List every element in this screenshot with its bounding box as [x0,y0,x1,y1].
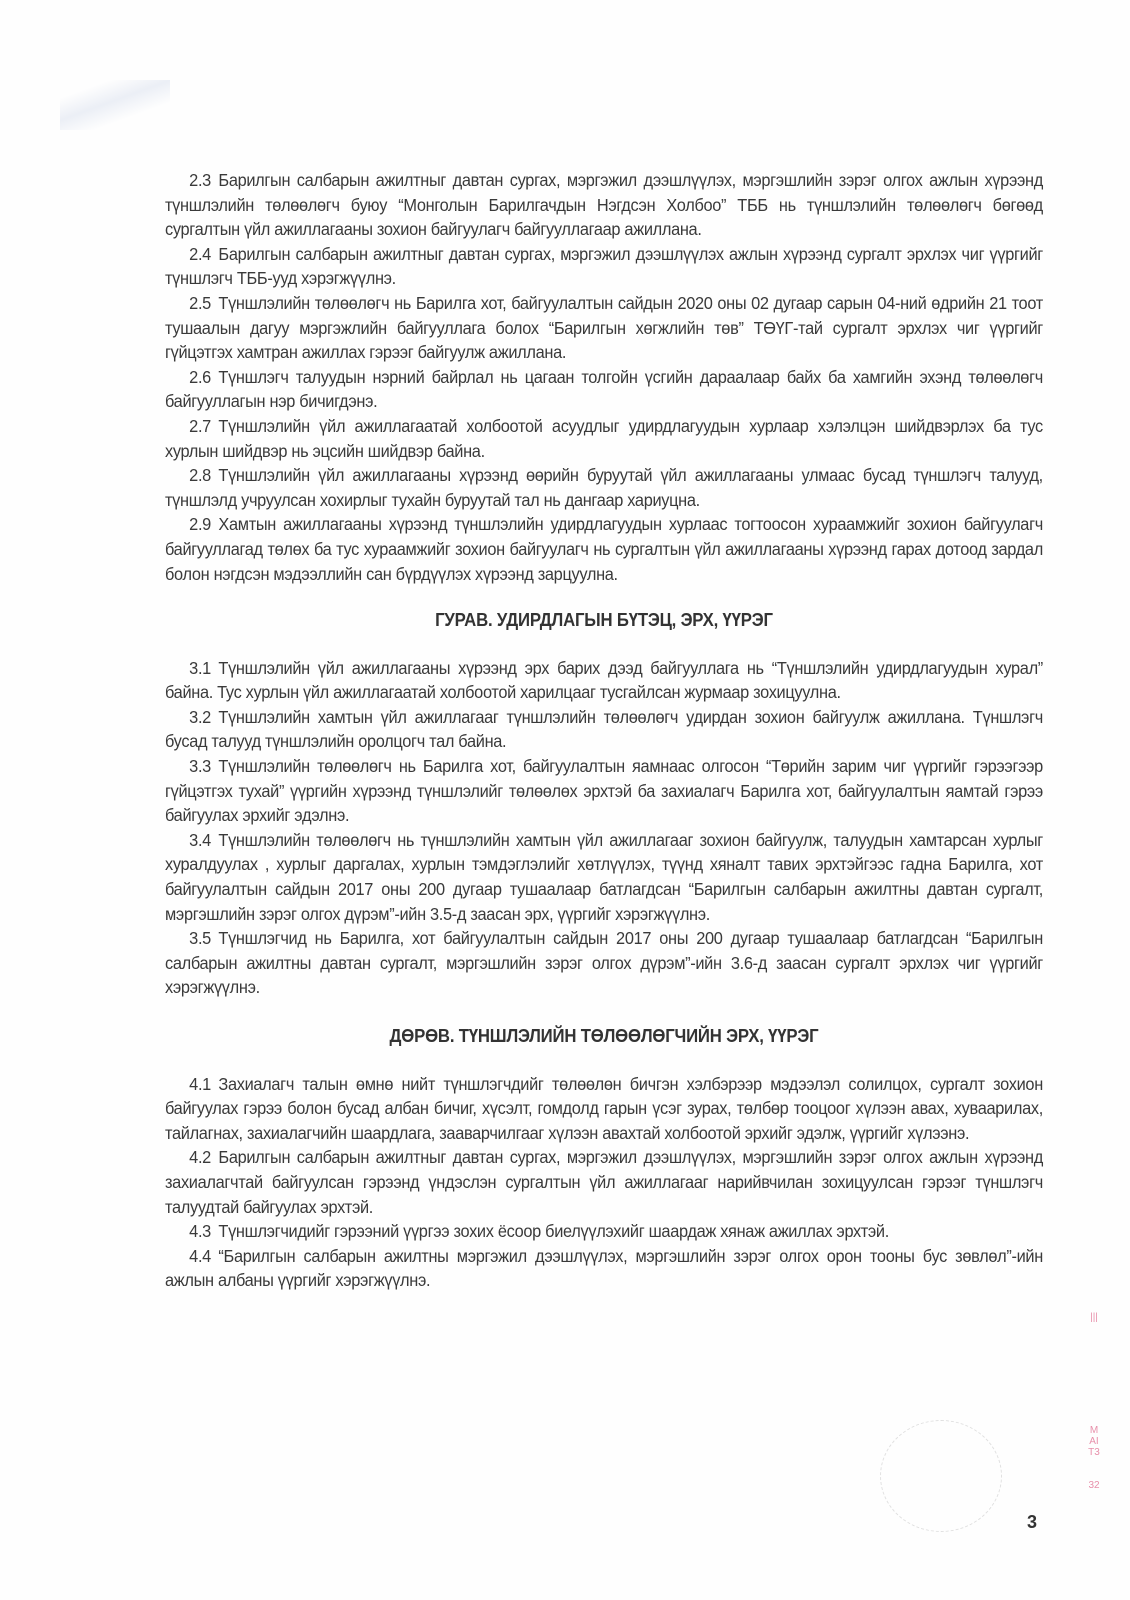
paragraph-4-4: 4.4“Барилгын салбарын ажилтны мэргэжил д… [165,1244,1043,1293]
paragraph-text: Түншлэлийн төлөөлөгч нь Барилга хот, бай… [165,293,1043,362]
edge-stamp-mark: M AI T3 [1087,1425,1101,1458]
document-page: 2.3Барилгын салбарын ажилтныг давтан сур… [0,0,1130,1600]
paragraph-text: Түншлэлийн үйл ажиллагааны хүрээнд өөрий… [165,465,1043,510]
paragraph-number: 3.4 [189,830,211,850]
paragraph-4-1: 4.1Захиалагч талын өмнө нийт түншлэгчдий… [165,1072,1043,1146]
page-number: 3 [1027,1512,1037,1533]
paragraph-text: “Барилгын салбарын ажилтны мэргэжил дээш… [165,1246,1043,1291]
paragraph-number: 2.3 [189,170,211,190]
section-3-heading: ГУРАВ. УДИРДЛАГЫН БҮТЭЦ, ЭРХ, ҮҮРЭГ [165,608,1043,633]
paragraph-4-2: 4.2Барилгын салбарын ажилтныг давтан сур… [165,1145,1043,1219]
paragraph-number: 2.6 [189,367,211,387]
paragraph-3-1: 3.1Түншлэлийн үйл ажиллагааны хүрээнд эр… [165,656,1043,705]
paragraph-number: 2.5 [189,293,211,313]
paragraph-text: Түншлэлийн хамтын үйл ажиллагааг түншлэл… [165,707,1043,752]
document-body: 2.3Барилгын салбарын ажилтныг давтан сур… [165,168,1043,1293]
paragraph-2-4: 2.4Барилгын салбарын ажилтныг давтан сур… [165,242,1043,291]
paragraph-2-7: 2.7Түншлэлийн үйл ажиллагаатай холбоотой… [165,414,1043,463]
edge-stamp-mark: ||| [1087,1312,1101,1323]
paragraph-text: Барилгын салбарын ажилтныг давтан сургах… [165,244,1043,289]
paragraph-2-6: 2.6Түншлэгч талуудын нэрний байрлал нь ц… [165,365,1043,414]
paragraph-text: Захиалагч талын өмнө нийт түншлэгчдийг т… [165,1074,1043,1143]
edge-stamp-mark: 32 [1087,1480,1101,1491]
paragraph-text: Түншлэгчид нь Барилга, хот байгуулалтын … [165,928,1043,997]
paragraph-3-3: 3.3Түншлэлийн төлөөлөгч нь Барилга хот, … [165,754,1043,828]
paragraph-text: Түншлэлийн үйл ажиллагааны хүрээнд эрх б… [165,658,1043,703]
paragraph-text: Хамтын ажиллагааны хүрээнд түншлэлийн уд… [165,514,1043,583]
paragraph-number: 2.8 [189,465,211,485]
scan-artifact [60,80,170,130]
paragraph-number: 2.4 [189,244,211,264]
paragraph-text: Түншлэлийн үйл ажиллагаатай холбоотой ас… [165,416,1043,461]
paragraph-number: 4.4 [189,1246,211,1266]
paragraph-2-8: 2.8Түншлэлийн үйл ажиллагааны хүрээнд өө… [165,463,1043,512]
paragraph-number: 4.2 [189,1147,211,1167]
paragraph-number: 4.1 [189,1074,211,1094]
paragraph-text: Барилгын салбарын ажилтныг давтан сургах… [165,1147,1043,1216]
paragraph-2-5: 2.5Түншлэлийн төлөөлөгч нь Барилга хот, … [165,291,1043,365]
section-4-heading: ДӨРӨВ. ТҮНШЛЭЛИЙН ТӨЛӨӨЛӨГЧИЙН ЭРХ, ҮҮРЭ… [165,1024,1043,1049]
paragraph-3-5: 3.5Түншлэгчид нь Барилга, хот байгуулалт… [165,926,1043,1000]
paragraph-2-3: 2.3Барилгын салбарын ажилтныг давтан сур… [165,168,1043,242]
paragraph-2-9: 2.9Хамтын ажиллагааны хүрээнд түншлэлийн… [165,512,1043,586]
paragraph-text: Түншлэгч талуудын нэрний байрлал нь цага… [165,367,1043,412]
paragraph-text: Түншлэлийн төлөөлөгч нь Барилга хот, бай… [165,756,1043,825]
paragraph-text: Түншлэгчидийг гэрээний үүргээ зохих ёсоо… [218,1221,889,1241]
paragraph-number: 3.3 [189,756,211,776]
paragraph-number: 3.5 [189,928,211,948]
paragraph-number: 3.2 [189,707,211,727]
paragraph-number: 2.7 [189,416,211,436]
paragraph-text: Түншлэлийн төлөөлөгч нь түншлэлийн хамты… [165,830,1043,924]
paragraph-number: 3.1 [189,658,211,678]
faint-seal-stamp [880,1420,1002,1532]
paragraph-text: Барилгын салбарын ажилтныг давтан сургах… [165,170,1043,239]
paragraph-3-2: 3.2Түншлэлийн хамтын үйл ажиллагааг түнш… [165,705,1043,754]
paragraph-number: 2.9 [189,514,211,534]
paragraph-number: 4.3 [189,1221,211,1241]
paragraph-3-4: 3.4Түншлэлийн төлөөлөгч нь түншлэлийн ха… [165,828,1043,926]
paragraph-4-3: 4.3Түншлэгчидийг гэрээний үүргээ зохих ё… [165,1219,1043,1244]
